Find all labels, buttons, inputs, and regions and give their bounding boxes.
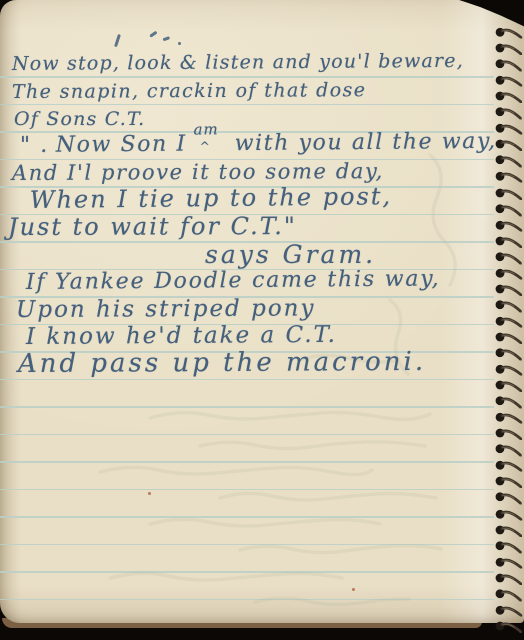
spiral-binding-loop <box>494 312 522 327</box>
spiral-binding-loop <box>494 361 522 376</box>
spiral-binding-loop <box>494 393 522 408</box>
spiral-binding-loop <box>494 457 522 472</box>
spiral-binding-loop <box>494 296 522 311</box>
spiral-binding-loop <box>494 56 522 71</box>
spiral-binding-loop <box>494 522 522 536</box>
spiral-binding-loop <box>494 345 522 360</box>
handwriting-line: Just to wait for C.T." <box>8 212 304 241</box>
spiral-binding-loop <box>494 537 522 552</box>
paper-speck <box>352 588 355 591</box>
spiral-binding-loop <box>494 216 522 231</box>
handwriting-line: I know he'd take a C.T. <box>26 322 344 350</box>
spiral-binding-loop <box>494 104 522 119</box>
poem-text: And pass up the macroni. <box>18 347 426 379</box>
spiral-binding-loop <box>494 264 522 279</box>
poem-text: When I tie up to the post, <box>30 182 392 214</box>
spiral-binding-loop <box>494 473 522 487</box>
ruled-line <box>0 571 494 573</box>
spiral-binding-loop <box>494 281 522 295</box>
ruled-line <box>0 544 494 546</box>
poem-text: Of Sons C.T. <box>14 108 145 130</box>
handwriting-line: When I tie up to the post, <box>30 182 399 214</box>
quote-mark: " . <box>20 133 49 158</box>
poem-text: with you all the way, <box>235 129 497 156</box>
ruled-line <box>0 379 494 381</box>
handwriting-line: If Yankee Doodle came this way, <box>26 266 448 295</box>
ruled-line <box>0 406 494 408</box>
poem-text: Just to wait for C.T." <box>8 212 297 241</box>
stray-ink-mark <box>163 36 170 41</box>
stray-ink-mark <box>149 31 157 38</box>
spiral-binding-loop <box>494 601 522 616</box>
inserted-word: am^ <box>194 140 228 150</box>
spiral-binding-loop <box>494 585 522 600</box>
spiral-binding-loop <box>494 248 522 263</box>
poem-text: I know he'd take a C.T. <box>26 322 337 350</box>
ruled-line <box>0 104 494 106</box>
handwriting-line: Of Sons C.T. <box>14 108 152 130</box>
poem-text: Upon his striped pony <box>16 295 316 323</box>
stray-ink-mark <box>114 34 120 47</box>
spiral-binding-loop <box>494 88 522 102</box>
poem-text: And I'l proove it too some day, <box>12 159 384 185</box>
spiral-binding-loop <box>494 40 522 54</box>
spiral-binding-loop <box>494 120 522 135</box>
poem-text: Now Son I <box>56 132 187 158</box>
spiral-binding-loop <box>494 200 522 215</box>
spiral-binding-loop <box>494 152 522 167</box>
poem-text: The snapin, crackin of that dose <box>12 79 367 103</box>
handwriting-line: Upon his striped pony <box>16 295 323 323</box>
ruled-line <box>0 489 494 491</box>
spiral-binding-loop <box>494 136 522 150</box>
handwriting-line: The snapin, crackin of that dose <box>12 79 374 103</box>
stray-ink-mark <box>178 42 181 45</box>
ruled-line <box>0 76 494 78</box>
caret-mark: ^ <box>200 139 212 153</box>
handwriting-line: says Gram. <box>205 240 383 269</box>
poem-text: Now stop, look & listen and you'l beware… <box>12 50 464 75</box>
ruled-line <box>0 461 494 463</box>
ruled-line <box>0 434 494 436</box>
spiral-binding-loop <box>494 168 522 183</box>
spiral-binding-loop <box>494 233 522 247</box>
ruled-line <box>0 516 494 518</box>
ruled-line <box>0 599 494 601</box>
spiral-binding-loop <box>494 72 522 87</box>
spiral-binding <box>494 0 524 640</box>
notebook-page: Now stop, look & listen and you'l beware… <box>0 0 524 623</box>
spiral-binding-loop <box>494 505 522 520</box>
spiral-binding-loop <box>494 24 522 39</box>
poem-text: says Gram. <box>205 240 376 269</box>
handwriting-line: Now stop, look & listen and you'l beware… <box>12 50 471 75</box>
poem-text: If Yankee Doodle came this way, <box>26 266 441 295</box>
spiral-binding-loop <box>494 329 522 343</box>
spiral-binding-loop <box>494 553 522 568</box>
spiral-binding-loop <box>494 441 522 456</box>
spiral-binding-loop <box>494 409 522 424</box>
inserted-word-text: am <box>193 120 218 138</box>
handwriting-line: And I'l proove it too some day, <box>12 159 391 185</box>
spiral-binding-loop <box>494 489 522 504</box>
spiral-binding-loop <box>494 570 522 584</box>
spiral-binding-loop <box>494 185 522 199</box>
handwriting-line: And pass up the macroni. <box>18 347 433 379</box>
handwriting-line: " .Now Son Iam^with you all the way, <box>20 129 504 158</box>
spiral-binding-loop <box>494 618 522 632</box>
spiral-binding-loop <box>494 377 522 391</box>
paper-speck <box>148 492 151 495</box>
spiral-binding-loop <box>494 425 522 439</box>
